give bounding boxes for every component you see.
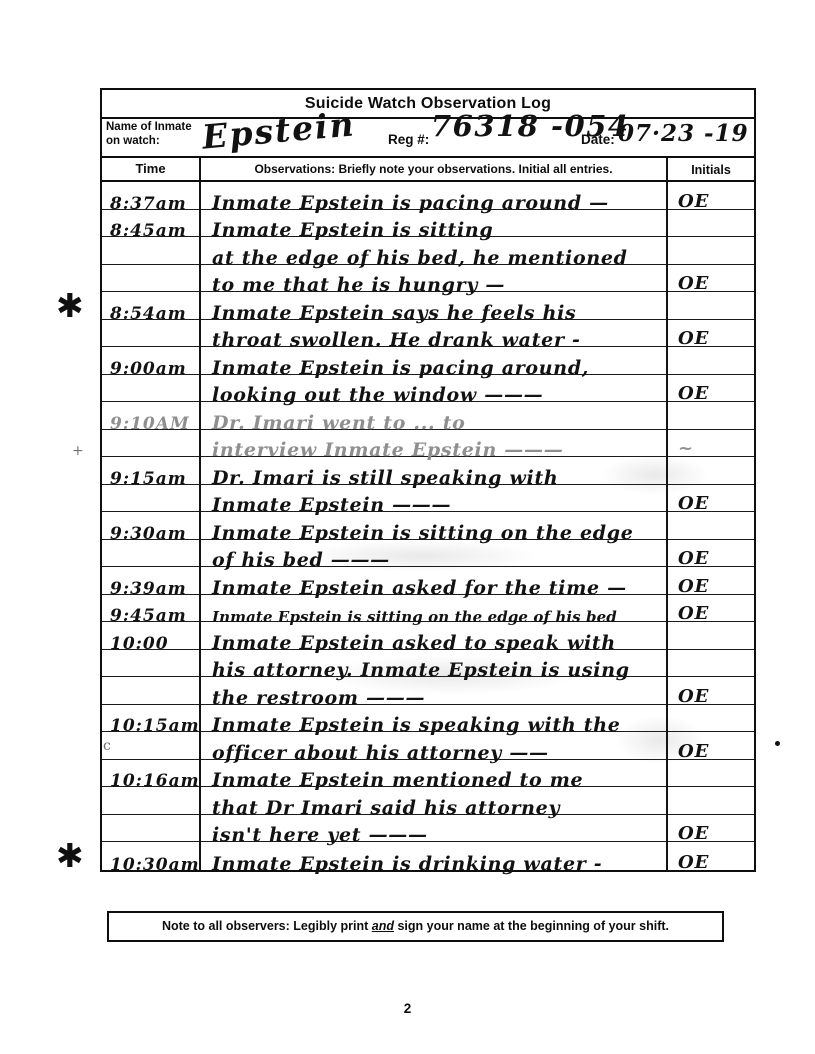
time-cell: 9:45am — [110, 606, 187, 626]
log-body: 8:37am Inmate Epstein is pacing around —… — [102, 182, 754, 870]
time-column-divider — [199, 182, 201, 870]
time-cell: 10:00 — [110, 634, 169, 654]
time-cell: 8:37am — [110, 194, 187, 214]
stray-ink-dot — [775, 741, 780, 746]
note-prefix: Note to all observers: Legibly print — [162, 919, 372, 933]
initials-cell: OE — [678, 273, 709, 294]
observation-cell: at the edge of his bed, he mentioned — [212, 247, 628, 269]
observation-cell: looking out the window ——— — [212, 384, 543, 406]
observation-cell: that Dr Imari said his attorney — [212, 797, 560, 819]
asterisk-margin-mark: ✱ — [56, 286, 84, 325]
observation-cell: to me that he is hungry — — [212, 274, 505, 296]
observation-cell: Inmate Epstein is pacing around — — [212, 192, 609, 214]
observation-cell: the restroom ——— — [212, 687, 425, 709]
scanned-document-page: Suicide Watch Observation Log Name of In… — [0, 0, 815, 1054]
inmate-name-row: Name of Inmate on watch: Epstein Reg #: … — [102, 119, 754, 158]
asterisk-margin-mark: ✱ — [56, 836, 84, 875]
initials-cell: OE — [678, 852, 709, 873]
initials-cell: OE — [678, 576, 709, 597]
initials-cell: OE — [678, 383, 709, 404]
initials-cell: ~ — [678, 438, 694, 459]
stray-plus-mark: + — [72, 443, 84, 459]
note-suffix: sign your name at the beginning of your … — [394, 919, 669, 933]
observation-cell: Dr. Imari is still speaking with — [212, 467, 558, 489]
initials-cell: OE — [678, 686, 709, 707]
time-column-header: Time — [102, 158, 201, 181]
observation-cell: of his bed ——— — [212, 549, 390, 571]
observation-cell: Inmate Epstein asked for the time — — [212, 577, 627, 599]
observation-cell: Dr. Imari went to ... to — [212, 412, 466, 434]
observation-cell: officer about his attorney —— — [212, 742, 549, 764]
date-handwritten: 07·23 -19 — [618, 120, 749, 147]
time-cell: 9:30am — [110, 524, 187, 544]
observation-cell: throat swollen. He drank water - — [212, 329, 581, 351]
time-cell: 9:39am — [110, 579, 187, 599]
observation-cell: isn't here yet ——— — [212, 824, 428, 846]
time-cell: 8:45am — [110, 221, 187, 241]
time-cell: 10:30am — [110, 855, 200, 875]
observation-cell: Inmate Epstein is drinking water - — [212, 853, 602, 875]
initials-cell: OE — [678, 493, 709, 514]
observation-cell: Inmate Epstein is speaking with the — [212, 714, 621, 736]
observation-cell: Inmate Epstein ——— — [212, 494, 451, 516]
reg-number-label: Reg #: — [388, 132, 429, 147]
observer-note: Note to all observers: Legibly print and… — [107, 911, 724, 942]
observation-cell: Inmate Epstein asked to speak with — [212, 632, 616, 654]
initials-cell: OE — [678, 823, 709, 844]
initials-column-header: Initials — [668, 158, 754, 181]
date-label: Date: — [581, 132, 615, 147]
initials-column-divider — [666, 182, 668, 870]
stray-c-mark: c — [103, 738, 111, 754]
initials-cell: OE — [678, 548, 709, 569]
observation-cell: Inmate Epstein is sitting on the edge of… — [212, 608, 617, 626]
time-cell: 9:10AM — [110, 414, 190, 434]
initials-cell: OE — [678, 328, 709, 349]
page-number: 2 — [0, 1001, 815, 1016]
initials-cell: OE — [678, 191, 709, 212]
time-cell: 10:15am — [110, 716, 200, 736]
observation-log-form: Suicide Watch Observation Log Name of In… — [100, 88, 756, 872]
observation-cell: Inmate Epstein is sitting — [212, 219, 493, 241]
observation-cell: his attorney. Inmate Epstein is using — [212, 659, 630, 681]
observation-cell: Inmate Epstein is pacing around, — [212, 357, 589, 379]
table-header-row: Time Observations: Briefly note your obs… — [102, 158, 754, 183]
observation-cell: interview Inmate Epstein ——— — [212, 439, 563, 461]
time-cell: 9:15am — [110, 469, 187, 489]
time-cell: 10:16am — [110, 771, 200, 791]
observation-cell: Inmate Epstein mentioned to me — [212, 769, 583, 791]
initials-cell: OE — [678, 741, 709, 762]
time-cell: 8:54am — [110, 304, 187, 324]
observation-cell: Inmate Epstein says he feels his — [212, 302, 576, 324]
form-title: Suicide Watch Observation Log — [102, 90, 754, 119]
note-emphasis: and — [372, 919, 394, 933]
observation-cell: Inmate Epstein is sitting on the edge — [212, 522, 634, 544]
time-cell: 9:00am — [110, 359, 187, 379]
initials-cell: OE — [678, 603, 709, 624]
observations-column-header: Observations: Briefly note your observat… — [201, 158, 668, 181]
name-of-inmate-label: Name of Inmate on watch: — [106, 120, 192, 149]
